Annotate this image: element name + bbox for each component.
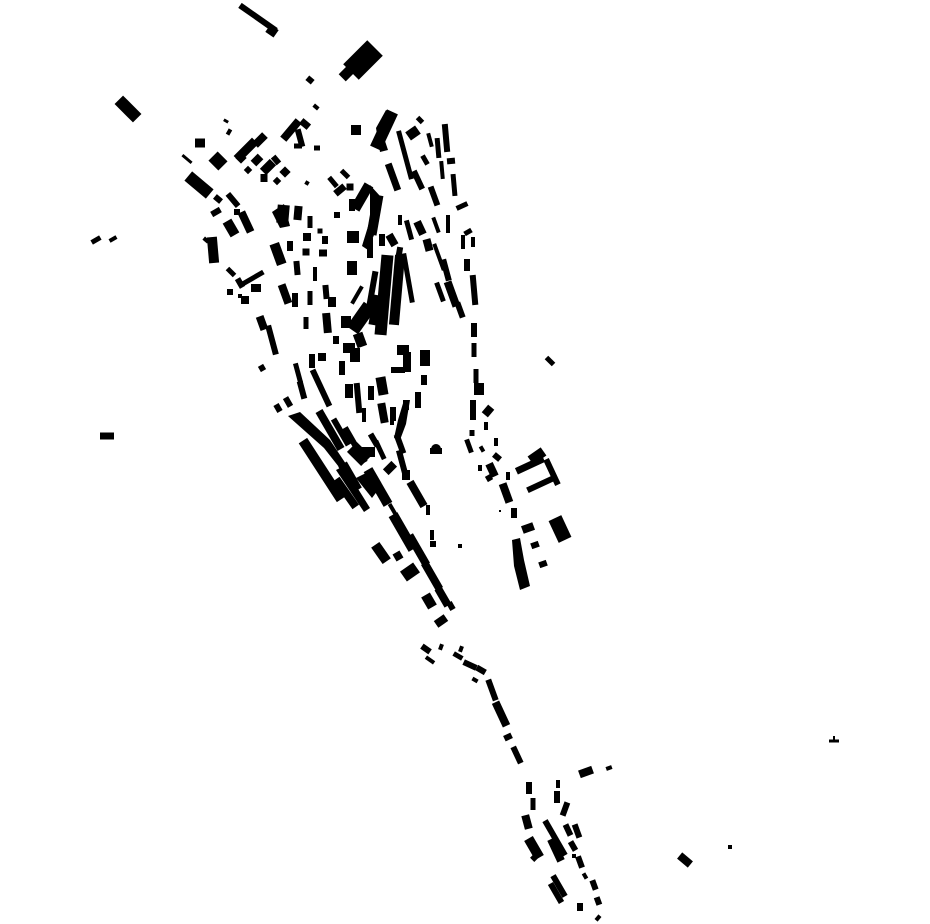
building-footprint (430, 541, 436, 547)
building-footprint (499, 510, 501, 512)
building-footprint (426, 505, 430, 515)
building-footprint (447, 158, 455, 165)
building-footprint (470, 430, 475, 436)
building-footprint (309, 354, 315, 368)
building-footprint (318, 229, 323, 234)
building-footprint (531, 798, 536, 810)
building-footprint (350, 348, 360, 362)
building-footprint (379, 234, 385, 246)
building-footprint (728, 845, 732, 849)
building-footprint (293, 206, 302, 221)
building-footprint (833, 736, 835, 740)
building-footprint (511, 508, 517, 518)
building-footprint (484, 422, 488, 430)
building-footprint (347, 261, 357, 275)
building-footprint (415, 392, 421, 408)
building-footprint (195, 139, 205, 148)
building-footprint (308, 291, 313, 305)
building-footprint (351, 125, 361, 135)
building-footprint (421, 375, 427, 385)
building-footprint (368, 386, 374, 400)
building-footprint (339, 361, 345, 375)
building-footprint (251, 284, 261, 292)
building-footprint (402, 470, 410, 480)
building-footprint (304, 317, 309, 329)
building-footprint (261, 174, 268, 182)
map-background (0, 0, 930, 924)
building-footprint (238, 294, 242, 298)
building-footprint (391, 367, 405, 373)
building-footprint (554, 791, 560, 803)
building-footprint (328, 297, 336, 307)
building-footprint (471, 323, 477, 337)
building-footprint (303, 249, 310, 256)
building-footprint (398, 215, 402, 225)
building-footprint (234, 209, 240, 215)
building-footprint (430, 530, 434, 540)
building-footprint (478, 465, 482, 471)
building-footprint (472, 343, 477, 357)
building-footprint (303, 233, 311, 241)
building-footprint (361, 447, 375, 457)
round-building-footprint (431, 444, 441, 454)
building-footprint (333, 336, 339, 344)
building-footprint (349, 199, 355, 211)
building-footprint (313, 267, 317, 281)
building-footprint (319, 250, 327, 257)
building-footprint (471, 237, 475, 247)
building-footprint (506, 472, 510, 480)
building-footprint (526, 782, 532, 794)
building-footprint (287, 241, 293, 251)
building-footprint (227, 289, 233, 295)
building-footprint (464, 259, 470, 271)
building-footprint (334, 212, 340, 218)
building-footprint (446, 215, 450, 233)
building-footprint (314, 146, 320, 151)
building-footprint (390, 415, 394, 425)
building-footprint (241, 296, 249, 304)
building-footprint (100, 433, 114, 440)
figure-ground-map (0, 0, 930, 924)
building-footprint (322, 236, 328, 244)
building-footprint (347, 184, 354, 191)
building-footprint (318, 353, 326, 361)
building-footprint (556, 780, 560, 788)
building-footprint (345, 384, 353, 398)
building-footprint (292, 293, 298, 307)
building-footprint (458, 544, 462, 548)
building-footprint (474, 383, 484, 395)
building-footprint (470, 400, 476, 420)
building-footprint (308, 216, 313, 228)
building-footprint (461, 235, 465, 249)
building-footprint (474, 369, 479, 383)
building-footprint (347, 231, 359, 243)
building-footprint (293, 261, 300, 275)
building-footprint (420, 350, 430, 366)
building-footprint (577, 903, 583, 911)
building-footprint (494, 438, 498, 446)
building-footprint (294, 144, 302, 149)
building-footprint (362, 408, 366, 422)
